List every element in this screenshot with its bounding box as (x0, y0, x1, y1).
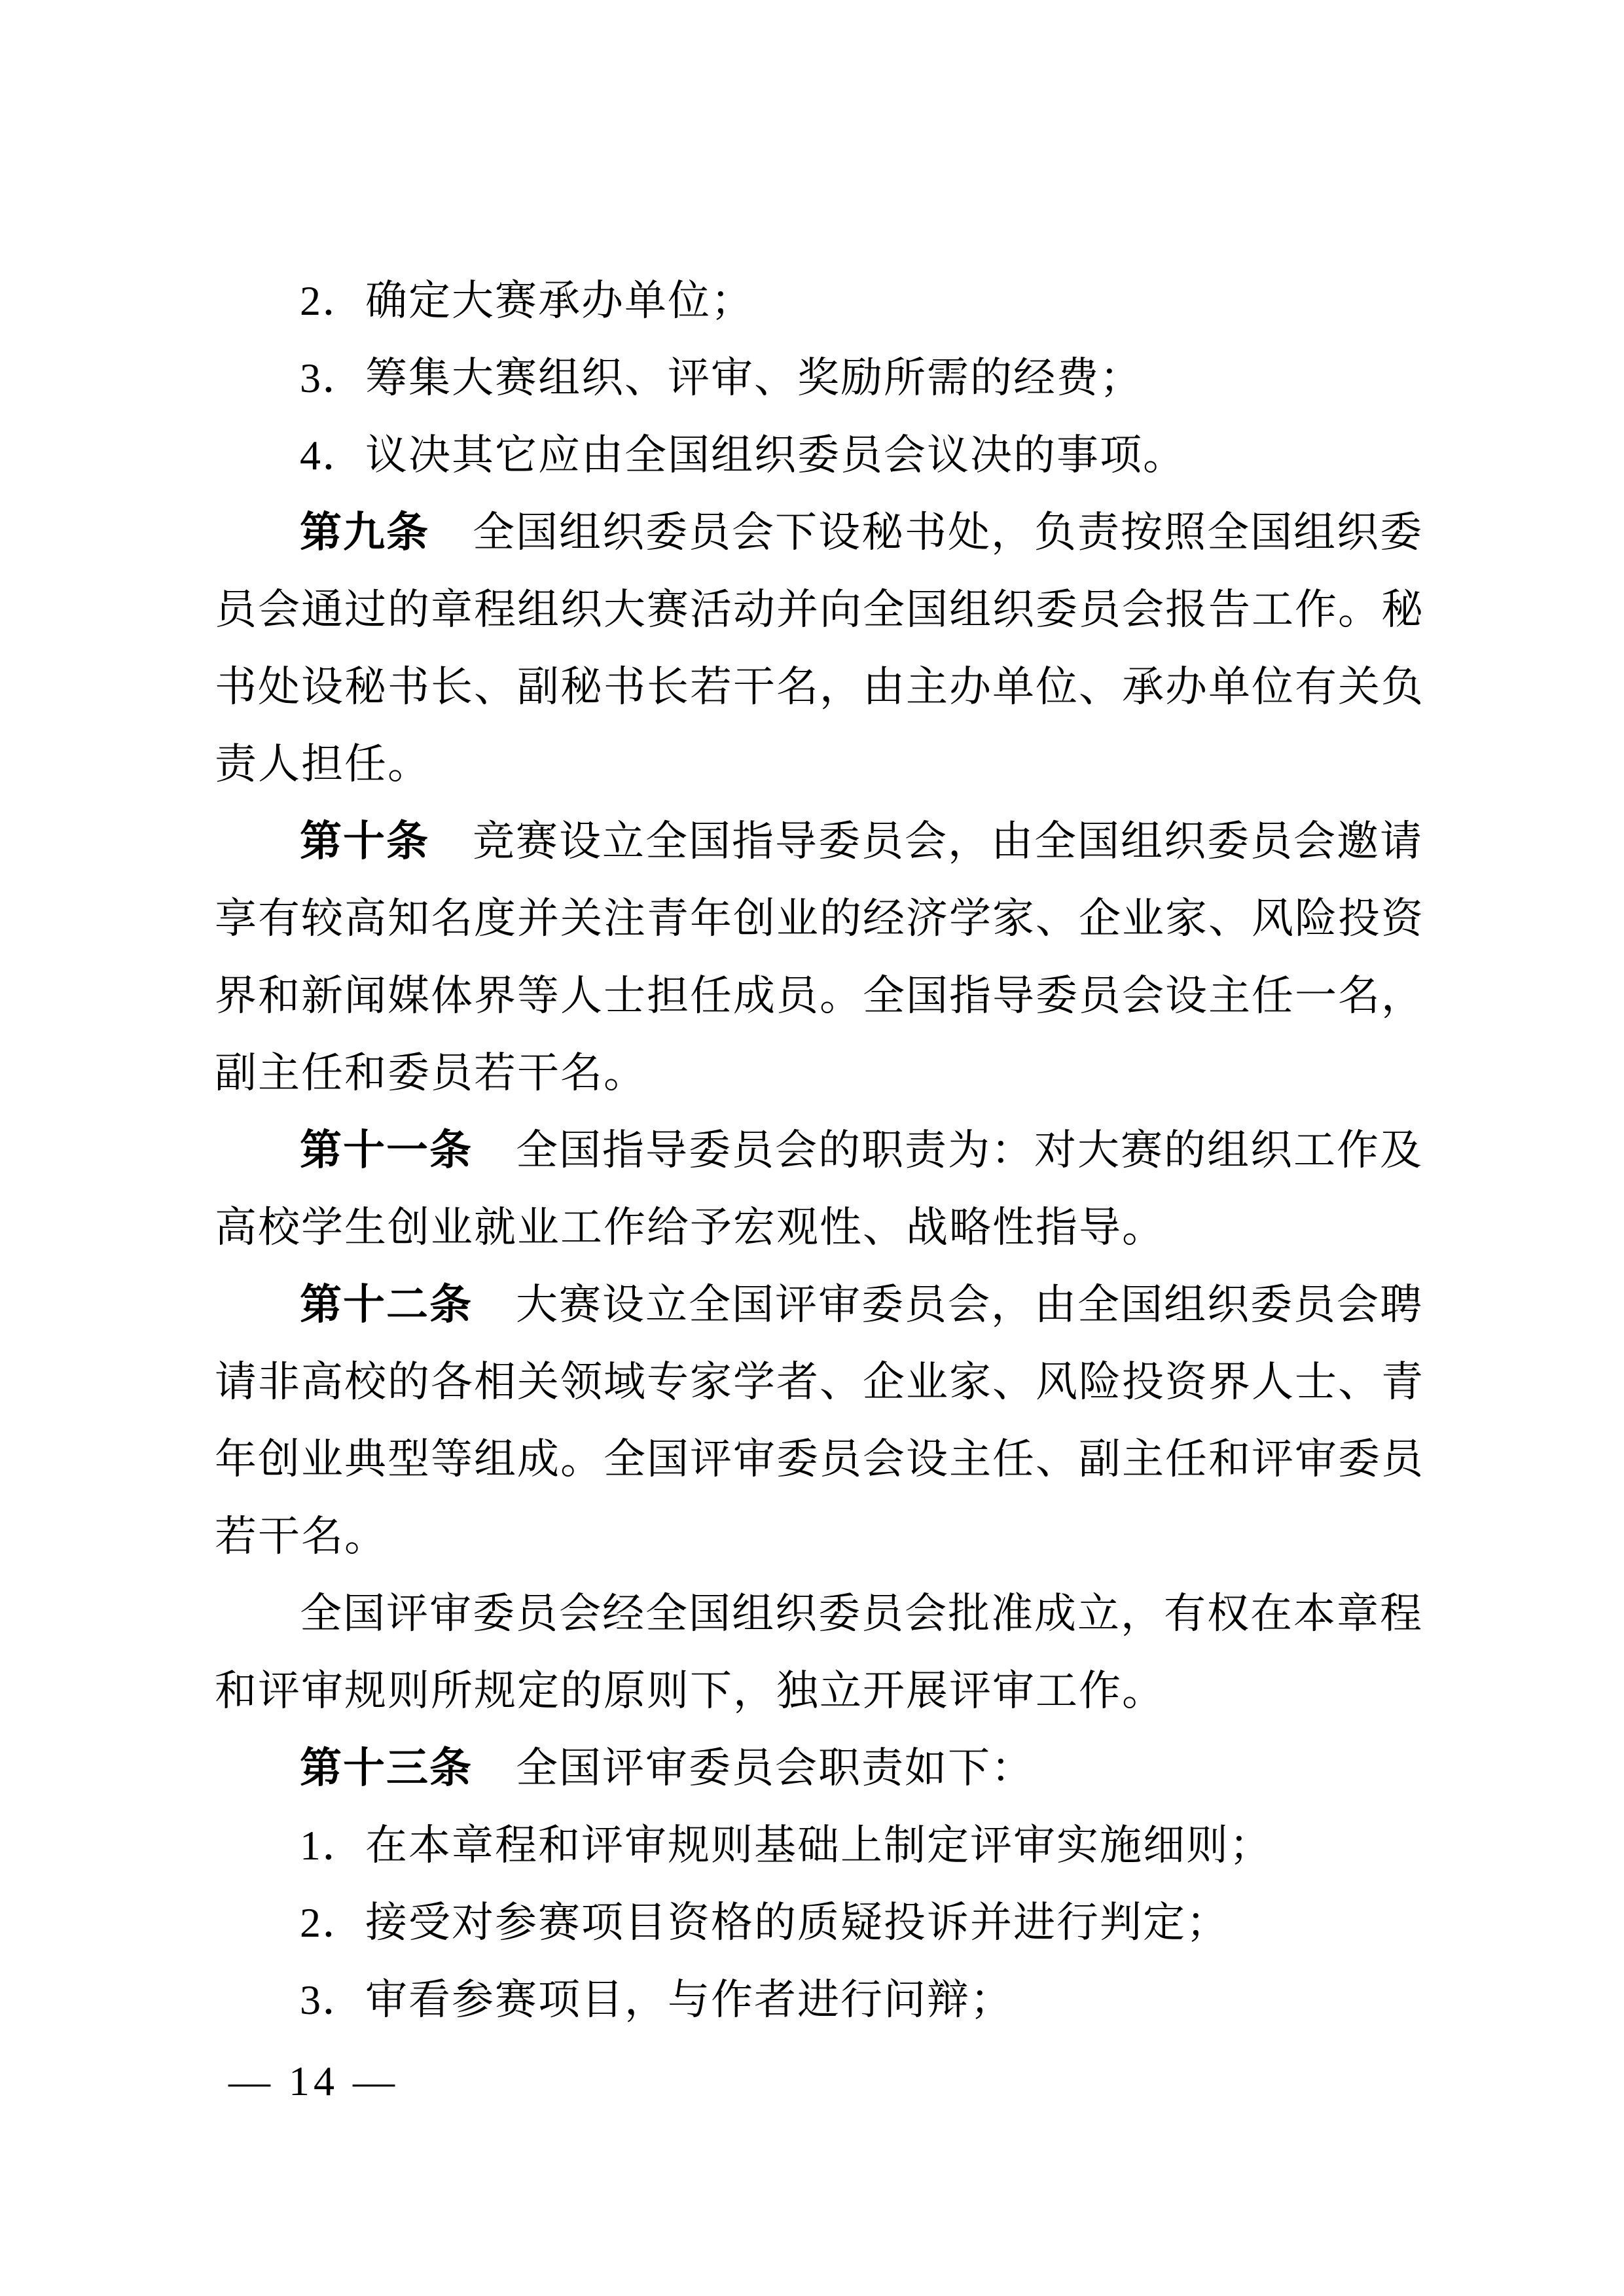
list-item: 3．筹集大赛组织、评审、奖励所需的经费； (215, 339, 1419, 416)
text-line: 员会通过的章程组织大赛活动并向全国组织委员会报告工作。秘 (215, 571, 1419, 648)
text-line: 请非高校的各相关领域专家学者、企业家、风险投资界人士、青 (215, 1343, 1419, 1420)
line-text: 2．确定大赛承办单位； (300, 278, 754, 324)
line-text: 1．在本章程和评审规则基础上制定评审实施细则； (300, 1822, 1272, 1869)
article-13-line: 第十三条 全国评审委员会职责如下： (215, 1729, 1419, 1806)
text-line: 责人担任。 (215, 725, 1419, 802)
line-text: 全国组织委员会下设秘书处，负责按照全国组织委 (429, 509, 1423, 556)
article-number: 第十一条 (300, 1126, 473, 1174)
text-line: 和评审规则所规定的原则下，独立开展评审工作。 (215, 1652, 1419, 1729)
line-text: 员会通过的章程组织大赛活动并向全国组织委员会报告工作。秘 (215, 586, 1424, 633)
text-line: 享有较高知名度并关注青年创业的经济学家、企业家、风险投资 (215, 880, 1419, 957)
line-text: 副主任和委员若干名。 (215, 1050, 647, 1096)
article-number: 第十二条 (300, 1281, 473, 1328)
line-text: 2．接受对参赛项目资格的质疑投诉并进行判定； (300, 1899, 1229, 1946)
article-number: 第十三条 (300, 1744, 473, 1791)
list-item: 2．确定大赛承办单位； (215, 262, 1419, 339)
line-text: 全国评审委员会经全国组织委员会批准成立，有权在本章程 (300, 1590, 1423, 1637)
article-10-line: 第十条 竞赛设立全国指导委员会，由全国组织委员会邀请 (215, 802, 1419, 880)
article-11-line: 第十一条 全国指导委员会的职责为：对大赛的组织工作及 (215, 1111, 1419, 1189)
line-text: 高校学生创业就业工作给予宏观性、战略性指导。 (215, 1204, 1165, 1251)
article-number: 第十条 (300, 817, 429, 865)
article-9-line: 第九条 全国组织委员会下设秘书处，负责按照全国组织委 (215, 493, 1419, 571)
line-text: 全国评审委员会职责如下： (473, 1745, 1034, 1791)
text-line: 年创业典型等组成。全国评审委员会设主任、副主任和评审委员 (215, 1420, 1419, 1498)
text-line: 副主任和委员若干名。 (215, 1034, 1419, 1111)
line-text: 4．议决其它应由全国组织委员会议决的事项。 (300, 432, 1186, 478)
page-number: — 14 — (228, 2052, 399, 2111)
article-12-line: 第十二条 大赛设立全国评审委员会，由全国组织委员会聘 (215, 1266, 1419, 1343)
line-text: 3．筹集大赛组织、评审、奖励所需的经费； (300, 355, 1143, 401)
list-item: 3．审看参赛项目，与作者进行问辩； (215, 1961, 1419, 2038)
text-line: 高校学生创业就业工作给予宏观性、战略性指导。 (215, 1189, 1419, 1266)
text-line: 全国评审委员会经全国组织委员会批准成立，有权在本章程 (215, 1575, 1419, 1652)
line-text: 请非高校的各相关领域专家学者、企业家、风险投资界人士、青 (215, 1359, 1424, 1405)
line-text: 全国指导委员会的职责为：对大赛的组织工作及 (473, 1127, 1423, 1174)
list-item: 1．在本章程和评审规则基础上制定评审实施细则； (215, 1806, 1419, 1884)
line-text: 竞赛设立全国指导委员会，由全国组织委员会邀请 (429, 818, 1423, 865)
line-text: 界和新闻媒体界等人士担任成员。全国指导委员会设主任一名， (215, 973, 1424, 1019)
line-text: 若干名。 (215, 1513, 388, 1560)
text-line: 界和新闻媒体界等人士担任成员。全国指导委员会设主任一名， (215, 957, 1419, 1034)
text-line: 书处设秘书长、副秘书长若干名，由主办单位、承办单位有关负 (215, 648, 1419, 725)
document-page: 2．确定大赛承办单位； 3．筹集大赛组织、评审、奖励所需的经费； 4．议决其它应… (0, 0, 1624, 2296)
line-text: 大赛设立全国评审委员会，由全国组织委员会聘 (473, 1282, 1423, 1328)
line-text: 和评审规则所规定的原则下，独立开展评审工作。 (215, 1668, 1165, 1714)
line-text: 享有较高知名度并关注青年创业的经济学家、企业家、风险投资 (215, 895, 1424, 942)
list-item: 2．接受对参赛项目资格的质疑投诉并进行判定； (215, 1884, 1419, 1961)
text-line: 若干名。 (215, 1498, 1419, 1575)
line-text: 年创业典型等组成。全国评审委员会设主任、副主任和评审委员 (215, 1436, 1424, 1482)
line-text: 责人担任。 (215, 741, 431, 787)
line-text: 3．审看参赛项目，与作者进行问辩； (300, 1977, 1013, 2023)
line-text: 书处设秘书长、副秘书长若干名，由主办单位、承办单位有关负 (215, 664, 1424, 710)
document-body: 2．确定大赛承办单位； 3．筹集大赛组织、评审、奖励所需的经费； 4．议决其它应… (215, 262, 1419, 2038)
list-item: 4．议决其它应由全国组织委员会议决的事项。 (215, 416, 1419, 493)
article-number: 第九条 (300, 509, 429, 556)
